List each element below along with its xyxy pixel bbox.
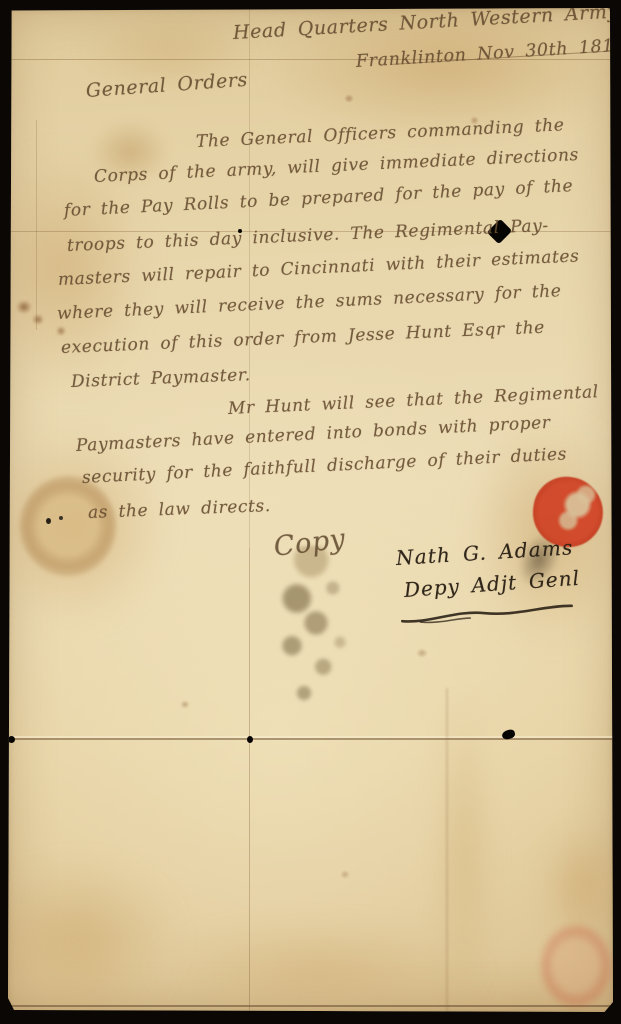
stain	[32, 314, 44, 325]
ink-spot	[59, 516, 63, 520]
paper-hole	[501, 729, 516, 741]
fold-crease	[446, 688, 448, 1012]
seal-offset-mark	[538, 922, 614, 1010]
salutation: General Orders	[85, 69, 248, 102]
stain	[344, 94, 354, 103]
stain	[0, 860, 178, 1020]
fold-crease	[8, 1005, 613, 1007]
ring-stain	[20, 476, 116, 576]
body-line: execution of this order from Jesse Hunt …	[61, 318, 546, 358]
copy-annotation: Copy	[272, 523, 347, 563]
body-line: as the law directs.	[88, 496, 272, 523]
stain	[180, 700, 190, 709]
document-page: Head Quarters North Western Army Frankli…	[8, 8, 613, 1012]
stain	[432, 690, 496, 1020]
body-line: District Paymaster.	[71, 365, 251, 392]
ink-spot	[46, 518, 51, 524]
fold-crease	[8, 736, 613, 738]
paper-hole	[247, 736, 253, 743]
fold-crease	[36, 120, 37, 330]
stain	[0, 426, 168, 626]
heading-line-1: Head Quarters North Western Army	[232, 0, 619, 44]
photo-background: Head Quarters North Western Army Frankli…	[0, 0, 621, 1024]
stain	[148, 920, 488, 1020]
stain	[56, 326, 66, 336]
spatter-stain	[256, 546, 376, 721]
body-line: where they will receive the sums necessa…	[57, 281, 562, 324]
stain	[16, 300, 32, 314]
fold-crease	[249, 548, 250, 1012]
heading-line-2: Franklinton Nov 30th 1812	[355, 36, 621, 72]
signature-title: Depy Adjt Genl	[403, 566, 581, 602]
stain	[340, 870, 350, 879]
signature-flourish	[400, 601, 576, 628]
signature-name: Nath G. Adams	[395, 535, 574, 570]
paper-hole	[8, 736, 15, 743]
stain	[416, 648, 428, 658]
body-line: The General Officers commanding the	[196, 115, 565, 152]
fold-crease	[8, 738, 613, 740]
